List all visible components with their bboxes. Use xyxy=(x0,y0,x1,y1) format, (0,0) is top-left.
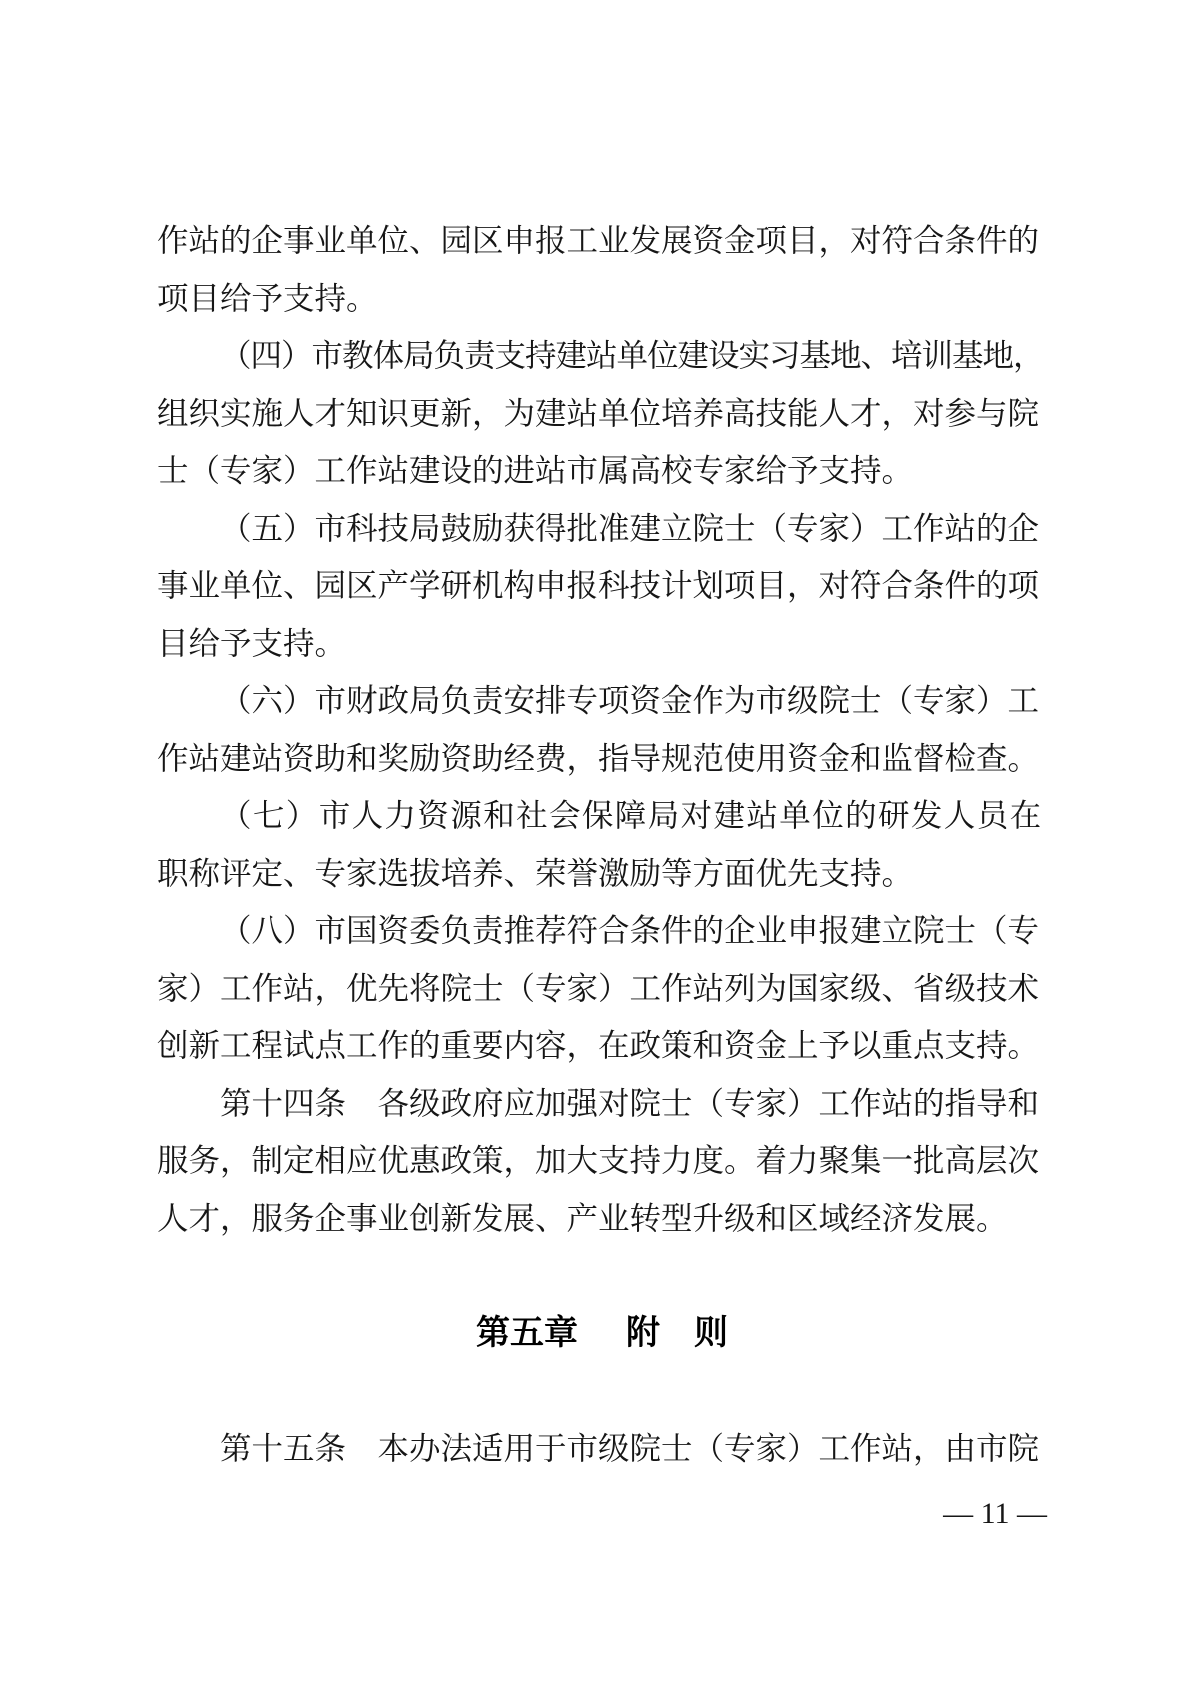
text-line: 服务，制定相应优惠政策，加大支持力度。着力聚集一批高层次 xyxy=(157,1132,1047,1190)
blank-line xyxy=(157,1247,1047,1305)
text-line: 第十五条 本办法适用于市级院士（专家）工作站，由市院 xyxy=(157,1420,1047,1478)
chapter-heading: 第五章附 则 xyxy=(157,1305,1047,1363)
document-body: 作站的企事业单位、园区申报工业发展资金项目，对符合条件的项目给予支持。（四）市教… xyxy=(157,212,1047,1477)
text-line: 作站建站资助和奖励资助经费，指导规范使用资金和监督检查。 xyxy=(157,730,1047,788)
chapter-heading-number: 第五章 xyxy=(476,1305,578,1363)
blank-line xyxy=(157,1362,1047,1420)
text-line: 家）工作站，优先将院士（专家）工作站列为国家级、省级技术 xyxy=(157,960,1047,1018)
text-line: 创新工程试点工作的重要内容，在政策和资金上予以重点支持。 xyxy=(157,1017,1047,1075)
text-line: 组织实施人才知识更新，为建站单位培养高技能人才，对参与院 xyxy=(157,385,1047,443)
page-number: — 11 — xyxy=(157,1496,1047,1532)
text-line: （七）市人力资源和社会保障局对建站单位的研发人员在 xyxy=(157,787,1047,845)
text-line: 士（专家）工作站建设的进站市属高校专家给予支持。 xyxy=(157,442,1047,500)
text-line: 作站的企事业单位、园区申报工业发展资金项目，对符合条件的 xyxy=(157,212,1047,270)
text-line: （四）市教体局负责支持建站单位建设实习基地、培训基地， xyxy=(157,327,1047,385)
text-line: （五）市科技局鼓励获得批准建立院士（专家）工作站的企 xyxy=(157,500,1047,558)
text-line: 人才，服务企事业创新发展、产业转型升级和区域经济发展。 xyxy=(157,1190,1047,1248)
text-line: 职称评定、专家选拔培养、荣誉激励等方面优先支持。 xyxy=(157,845,1047,903)
text-line: 项目给予支持。 xyxy=(157,270,1047,328)
chapter-heading-title: 附 则 xyxy=(626,1305,728,1363)
text-line: （六）市财政局负责安排专项资金作为市级院士（专家）工 xyxy=(157,672,1047,730)
text-line: （八）市国资委负责推荐符合条件的企业申报建立院士（专 xyxy=(157,902,1047,960)
text-line: 第十四条 各级政府应加强对院士（专家）工作站的指导和 xyxy=(157,1075,1047,1133)
document-page: 作站的企事业单位、园区申报工业发展资金项目，对符合条件的项目给予支持。（四）市教… xyxy=(0,0,1191,1684)
text-line: 事业单位、园区产学研机构申报科技计划项目，对符合条件的项 xyxy=(157,557,1047,615)
text-line: 目给予支持。 xyxy=(157,615,1047,673)
